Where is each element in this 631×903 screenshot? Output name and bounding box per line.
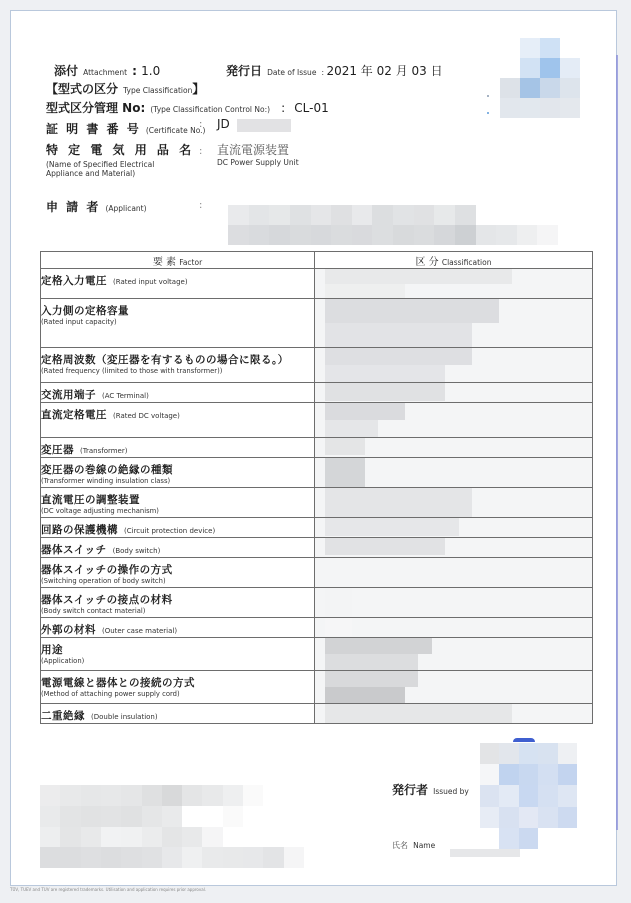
factor-label-jp: 交流用端子	[41, 389, 96, 401]
factor-cell: 変圧器(Transformer)	[41, 438, 315, 458]
date-label-jp: 発行日	[226, 64, 262, 78]
factor-label-jp: 二重絶縁	[41, 710, 85, 722]
attachment-value: 1.0	[141, 64, 160, 78]
factor-cell: 変圧器の巻線の絶縁の種類(Transformer winding insulat…	[41, 458, 315, 488]
classification-cell-redacted	[315, 518, 593, 538]
table-row: 変圧器の巻線の絶縁の種類(Transformer winding insulat…	[41, 458, 593, 488]
factor-label-jp: 変圧器の巻線の絶縁の種類	[41, 464, 173, 476]
table-row: 器体スイッチの接点の材料(Body switch contact materia…	[41, 588, 593, 618]
factor-label-en: (Switching operation of body switch)	[41, 577, 314, 585]
factor-cell: 直流定格電圧(Rated DC voltage)	[41, 403, 315, 438]
factor-label-en: (AC Terminal)	[102, 392, 149, 400]
classification-cell-redacted	[315, 638, 593, 671]
table-header-row: 要 素 Factor 区 分 Classification	[41, 252, 593, 269]
classification-cell-redacted	[315, 438, 593, 458]
factor-label-en: (DC voltage adjusting mechanism)	[41, 507, 314, 515]
factor-label-jp: 入力側の定格容量	[41, 305, 129, 317]
factor-cell: 器体スイッチの操作の方式(Switching operation of body…	[41, 558, 315, 588]
table-row: 用途(Application)	[41, 638, 593, 671]
attachment-label-jp: 添付	[54, 64, 78, 78]
table-row: 定格周波数（変圧器を有するものの場合に限る。）(Rated frequency …	[41, 348, 593, 383]
factor-label-en: (Method of attaching power supply cord)	[41, 690, 314, 698]
factor-cell: 器体スイッチ(Body switch)	[41, 538, 315, 558]
factor-label-jp: 定格入力電圧	[41, 275, 107, 287]
classification-cell-redacted	[315, 403, 593, 438]
issuer-address-redacted	[40, 785, 304, 868]
name-label: 氏名 Name	[392, 833, 435, 852]
applicant-label: 申 請 者 (Applicant)	[46, 196, 147, 215]
table-row: 直流電圧の調整装置(DC voltage adjusting mechanism…	[41, 488, 593, 518]
page-edge-accent	[616, 55, 618, 830]
attachment-line: 添付 Attachment : 1.0	[54, 60, 160, 79]
certificate-no-line: 証 明 書 番 号 (Certificate No.)	[46, 118, 205, 137]
factor-label-en: (Outer case material)	[102, 627, 177, 635]
table-row: 交流用端子(AC Terminal)	[41, 383, 593, 403]
certification-logo-redacted	[500, 38, 580, 118]
factor-cell: 直流電圧の調整装置(DC voltage adjusting mechanism…	[41, 488, 315, 518]
classification-cell-redacted	[315, 538, 593, 558]
table-row: 電源電線と器体との接続の方式(Method of attaching power…	[41, 671, 593, 704]
factor-label-jp: 直流定格電圧	[41, 409, 107, 421]
table-row: 定格入力電圧(Rated input voltage)	[41, 269, 593, 299]
factor-label-jp: 器体スイッチの接点の材料	[41, 594, 173, 606]
date-value: 2021 年 02 月 03 日	[326, 64, 442, 78]
factor-cell: 定格周波数（変圧器を有するものの場合に限る。）(Rated frequency …	[41, 348, 315, 383]
factor-label-jp: 電源電線と器体との接続の方式	[41, 677, 195, 689]
factor-label-jp: 変圧器	[41, 444, 74, 456]
classification-cell-redacted	[315, 671, 593, 704]
attachment-label-en: Attachment	[83, 68, 127, 77]
factor-label-en: (Application)	[41, 657, 314, 665]
factor-cell: 入力側の定格容量(Rated input capacity)	[41, 299, 315, 348]
factor-cell: 外郭の材料(Outer case material)	[41, 618, 315, 638]
footer-trademark-notice: TÜV, TUEV and TUV are registered tradema…	[10, 887, 206, 892]
factor-label-jp: 定格周波数（変圧器を有するものの場合に限る。）	[41, 354, 289, 366]
date-of-issue-line: 発行日 Date of Issue : 2021 年 02 月 03 日	[226, 60, 443, 79]
factor-cell: 器体スイッチの接点の材料(Body switch contact materia…	[41, 588, 315, 618]
classification-cell-redacted	[315, 269, 593, 299]
appliance-name-value: 直流電源装置 DC Power Supply Unit	[217, 141, 299, 167]
factor-label-jp: 外郭の材料	[41, 624, 96, 636]
table-row: 直流定格電圧(Rated DC voltage)	[41, 403, 593, 438]
classification-cell-redacted	[315, 383, 593, 403]
control-no-value: CL-01	[294, 101, 328, 115]
certificate-no-value: JD	[217, 117, 230, 131]
factor-label-jp: 器体スイッチ	[41, 544, 107, 556]
factor-label-en: (Rated DC voltage)	[113, 412, 180, 420]
factor-label-en: (Body switch contact material)	[41, 607, 314, 615]
appliance-name-label: 特 定 電 気 用 品 名 (Name of Specified Electri…	[46, 141, 194, 178]
factor-label-jp: 回路の保護機構	[41, 524, 118, 536]
table-row: 変圧器(Transformer)	[41, 438, 593, 458]
classification-table: 要 素 Factor 区 分 Classification 定格入力電圧(Rat…	[40, 251, 593, 724]
factor-cell: 電源電線と器体との接続の方式(Method of attaching power…	[41, 671, 315, 704]
factor-label-en: (Transformer)	[80, 447, 127, 455]
factor-label-jp: 直流電圧の調整装置	[41, 494, 140, 506]
applicant-redacted	[228, 205, 558, 245]
stamp-edge	[513, 738, 535, 742]
table-row: 回路の保護機構(Circuit protection device)	[41, 518, 593, 538]
factor-label-en: (Body switch)	[113, 547, 161, 555]
factor-label-jp: 用途	[41, 644, 63, 656]
factor-cell: 回路の保護機構(Circuit protection device)	[41, 518, 315, 538]
classification-cell-redacted	[315, 588, 593, 618]
factor-label-en: (Double insulation)	[91, 713, 158, 721]
classification-cell-redacted	[315, 704, 593, 724]
classification-cell-redacted	[315, 348, 593, 383]
factor-cell: 交流用端子(AC Terminal)	[41, 383, 315, 403]
classification-cell-redacted	[315, 558, 593, 588]
type-classification-heading: 【型式の区分 Type Classification】	[46, 78, 204, 97]
factor-cell: 二重絶縁(Double insulation)	[41, 704, 315, 724]
factor-label-en: (Rated input capacity)	[41, 318, 314, 326]
factor-label-jp: 器体スイッチの操作の方式	[41, 564, 173, 576]
dot-marker	[487, 95, 489, 97]
column-header-factor: 要 素 Factor	[41, 252, 315, 269]
table-row: 器体スイッチの操作の方式(Switching operation of body…	[41, 558, 593, 588]
column-header-classification: 区 分 Classification	[315, 252, 593, 269]
factor-label-en: (Rated frequency (limited to those with …	[41, 367, 314, 375]
dot-marker	[487, 112, 489, 114]
classification-cell-redacted	[315, 488, 593, 518]
table-row: 入力側の定格容量(Rated input capacity)	[41, 299, 593, 348]
factor-cell: 定格入力電圧(Rated input voltage)	[41, 269, 315, 299]
classification-cell-redacted	[315, 299, 593, 348]
control-no-line: 型式区分管理 No: (Type Classification Control …	[46, 97, 329, 116]
certificate-no-redacted	[237, 119, 291, 132]
issued-by-label: 発行者 Issued by	[392, 779, 469, 798]
date-label-en: Date of Issue	[267, 68, 316, 77]
issuer-stamp-redacted	[480, 743, 577, 849]
name-redacted	[450, 849, 520, 857]
factor-label-en: (Circuit protection device)	[124, 527, 215, 535]
factor-label-en: (Rated input voltage)	[113, 278, 188, 286]
factor-label-en: (Transformer winding insulation class)	[41, 477, 314, 485]
factor-cell: 用途(Application)	[41, 638, 315, 671]
classification-cell-redacted	[315, 458, 593, 488]
table-row: 器体スイッチ(Body switch)	[41, 538, 593, 558]
classification-cell-redacted	[315, 618, 593, 638]
table-row: 二重絶縁(Double insulation)	[41, 704, 593, 724]
table-row: 外郭の材料(Outer case material)	[41, 618, 593, 638]
